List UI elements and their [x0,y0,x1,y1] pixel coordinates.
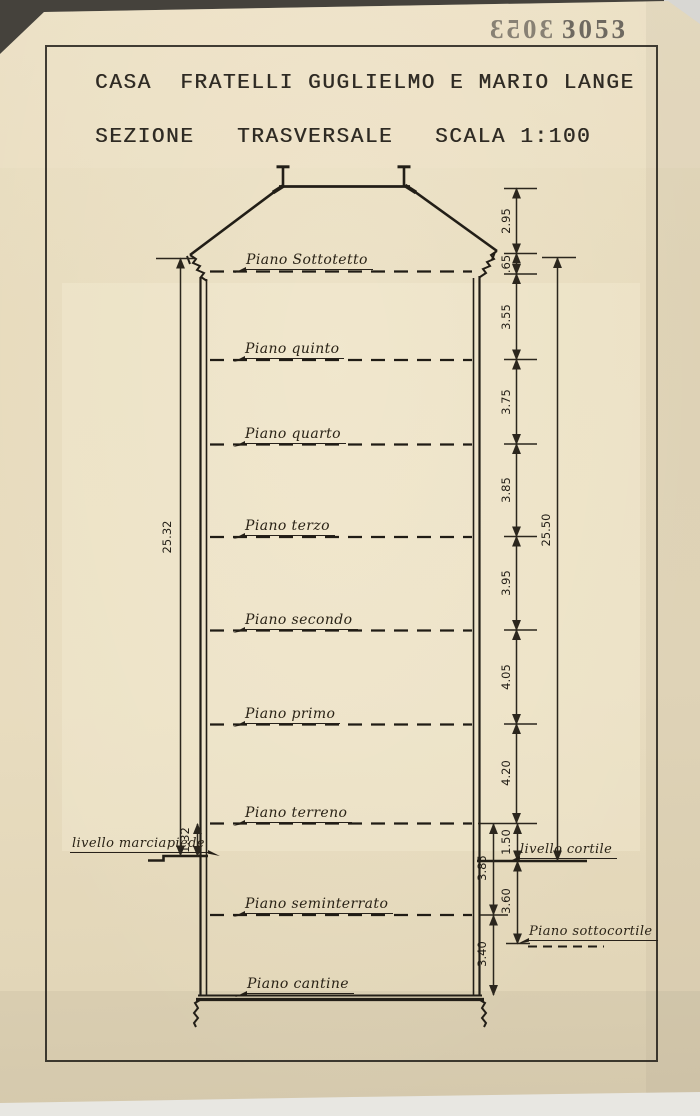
dim-courtyard-to-subcourtyard: 3.60 [499,888,513,914]
dimension-ticks [156,189,576,944]
dim-fifth-floor: 3.55 [499,304,513,330]
label-piano-primo: Piano primo [243,706,340,724]
drawing-paper: 30533053 CASA FRATELLI GUGLIELMO E MARIO… [0,0,700,1116]
scanned-drawing-page: 30533053 CASA FRATELLI GUGLIELMO E MARIO… [0,0,700,1116]
label-piano-cantine: Piano cantine [245,976,354,994]
dim-basement-to-cellar: 3.40 [475,941,489,967]
dim-first-floor: 4.05 [499,664,513,690]
sidewalk-profile [148,856,208,861]
dim-roof-height: 2.95 [499,208,513,234]
dim-fourth-floor: 3.75 [499,389,513,415]
label-livello-cortile: livello cortile [518,842,617,859]
dim-second-floor: 3.95 [499,570,513,596]
label-piano-sottocortile: Piano sottocortile [527,924,658,941]
label-livello-marciapiede: livello marciapiede [70,836,210,853]
dim-ground-floor: 4.20 [499,760,513,786]
section-drawing: 2.95 .65 3.55 3.75 3.85 3.95 4.05 4.20 2… [0,0,700,1116]
label-piano-seminterrato: Piano seminterrato [243,896,393,914]
label-piano-terreno: Piano terreno [243,805,352,823]
foundation [194,996,486,1028]
walls [201,276,480,996]
label-piano-quinto: Piano quinto [243,341,344,359]
dim-ground-to-basement: 3.85 [475,855,489,881]
label-piano-secondo: Piano secondo [243,612,358,630]
label-piano-quarto: Piano quarto [243,426,346,444]
label-piano-sottotetto: Piano Sottotetto [244,252,373,270]
label-piano-terzo: Piano terzo [243,518,335,536]
dim-total-right: 25.50 [539,514,553,547]
dim-courtyard: 1.50 [499,829,513,855]
dim-eave: .65 [499,255,513,273]
dim-total-left: 25.32 [160,521,174,554]
dim-third-floor: 3.85 [499,477,513,503]
